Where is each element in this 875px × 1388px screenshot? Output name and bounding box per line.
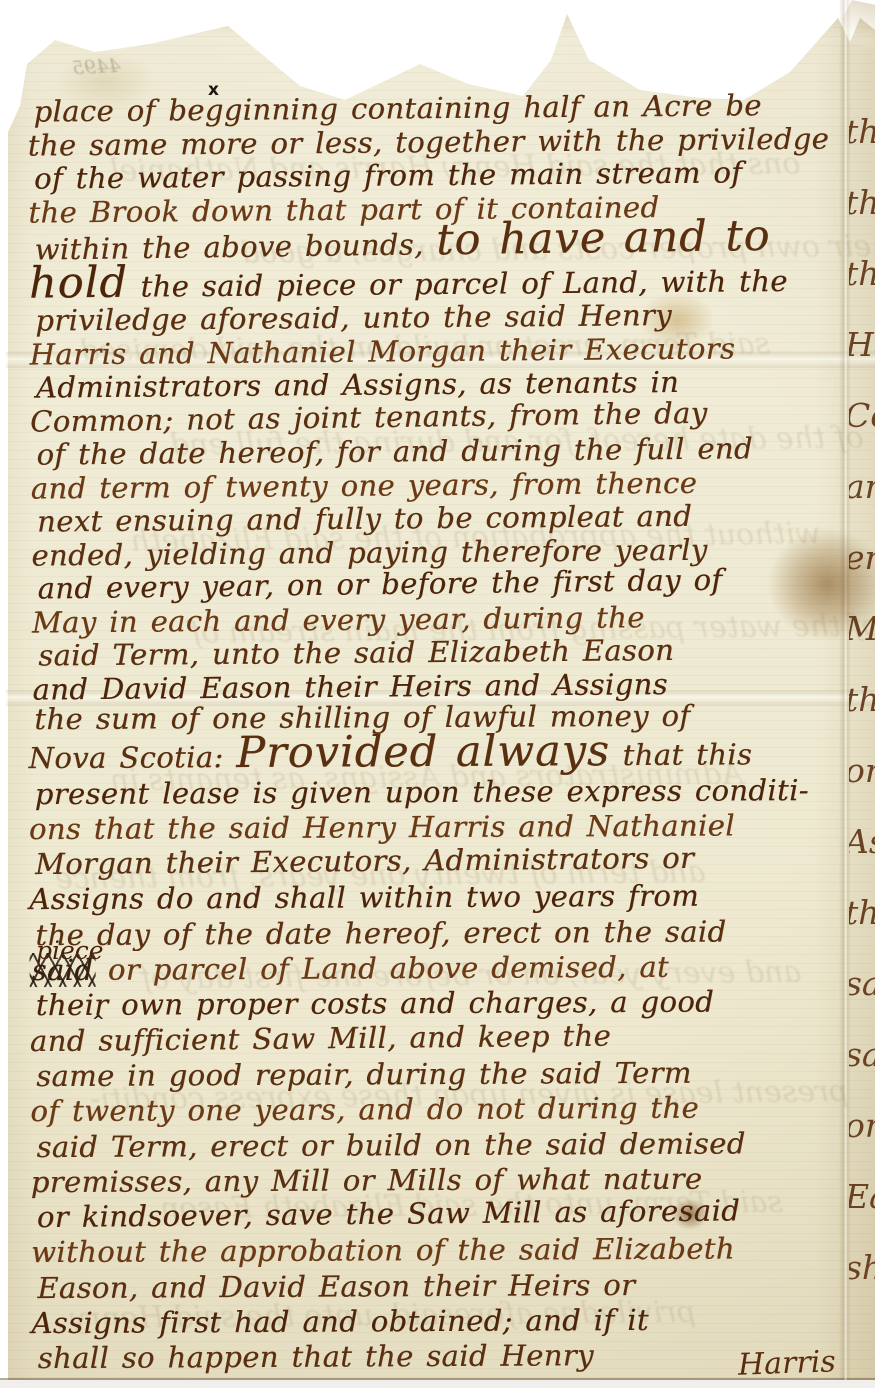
manuscript-line: said or parcel of Land above demised, at [30,949,860,989]
line-text: Nova Scotia: [28,740,236,775]
emphasized-script: to have and to [436,211,771,265]
manuscript-scan: ons that the said Henry Harris and Natha… [0,0,875,1388]
caret-mark: ^ [92,1012,105,1030]
manuscript-line: the day of the date hereof, erect on the… [35,914,859,954]
text-fragment: the sum of one shilling of lawful money … [849,664,871,735]
text-fragment: shall so happen that the said Henry [849,1232,871,1303]
manuscript-line: or kindsoever, save the Saw Mill as afor… [37,1192,861,1235]
manuscript-line: without the approbation of the said Eliz… [31,1231,861,1271]
manuscript-line: of twenty one years, and do not during t… [30,1090,860,1130]
text-fragment: Common; not as joint tenants, from the d… [849,380,871,451]
manuscript-line: present lease is given upon these expres… [35,772,859,812]
manuscript-line: same in good repair, during the said Ter… [36,1055,860,1095]
text-fragment: the Brook down that part of it contained [849,167,871,238]
text-fragment: same in good repair, during the said Ter… [849,948,871,1019]
pencil-ghost-note: 4495 [71,55,120,80]
insertion-mark: x [208,80,219,100]
interlined-correction: piece [36,936,104,965]
manuscript-line: Assigns first had and obtained; and if i… [31,1302,861,1342]
manuscript-line: of the date hereof, for and during the f… [36,431,860,472]
text-fragment: Harris and Nathaniel Morgan their Execut… [849,309,871,380]
text-fragment: said Term, erect or build on the said de… [849,1019,871,1090]
text-fragment: their own proper costs and charges, a go… [849,877,871,948]
text-fragment: ons that the said Henry Harris and Natha… [849,735,871,806]
manuscript-line: Assigns do and shall within two years fr… [29,878,859,918]
text-fragment: Eason, and David Eason their Heirs or [849,1161,871,1232]
text-fragment: the same more or less, together with the… [849,96,871,167]
adjacent-column-fragments: the same more or less, together with the… [849,96,875,1380]
text-fragment: ended, yielding and paying therefore yea… [849,522,871,593]
manuscript-paragraph-1: place of begginning containing half an A… [27,88,862,706]
manuscript-line: said Term, erect or build on the said de… [36,1125,860,1165]
text-fragment: the said piece or parcel of Land, with t… [849,238,871,309]
manuscript-line: hold the said piece or parcel of Land, w… [29,260,859,305]
line-text: the said piece or parcel of Land, with t… [128,264,788,304]
line-text: that this [610,738,752,773]
manuscript-paragraph-2: the sum of one shilling of lawful money … [28,698,862,1377]
text-fragment: and term of twenty one years, from thenc… [849,451,871,522]
emphasized-script: Provided always [236,726,610,778]
line-text: or parcel of Land above demised, at [95,950,669,987]
catchword: Harris [737,1344,836,1382]
manuscript-line: Morgan their Executors, Administrators o… [35,839,859,882]
line-text: within the above bounds, [34,227,436,266]
text-fragment: or kindsoever, save the Saw Mill as afor… [849,1090,871,1161]
manuscript-line: Nova Scotia: Provided always that this [28,733,858,777]
manuscript-line: Eason, and David Eason their Heirs or [37,1267,861,1307]
text-fragment: May in each and every year, during the [849,593,871,664]
text-fragment: Assigns do and shall within two years fr… [849,806,871,877]
manuscript-line: and sufficient Saw Mill, and keep the [30,1016,860,1059]
